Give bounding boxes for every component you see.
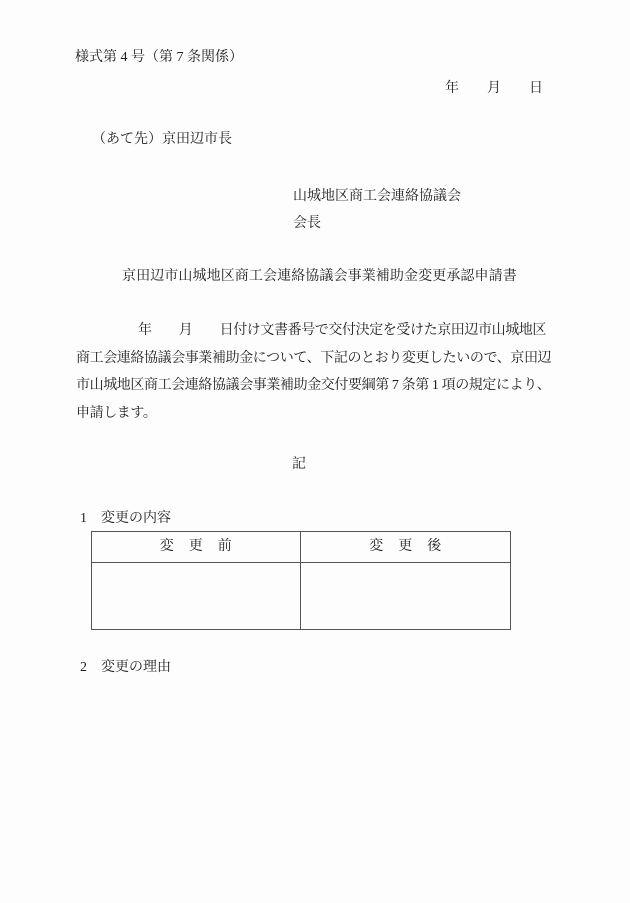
change-table-cell-before	[92, 563, 301, 630]
change-table-cell-after	[301, 563, 511, 630]
change-table-header-before: 変 更 前	[92, 532, 301, 563]
sender-organization: 山城地区商工会連絡協議会	[293, 187, 461, 207]
change-table: 変 更 前 変 更 後	[91, 531, 511, 630]
body-paragraph: 年 月 日付け文書番号で交付決定を受けた京田辺市山城地区 商工会連絡協議会事業補…	[76, 317, 560, 427]
sender-title: 会長	[293, 214, 321, 234]
body-line-4: 申請します。	[76, 400, 560, 428]
section1-heading: 1 変更の内容	[80, 509, 171, 529]
addressee-line: （あて先）京田辺市長	[92, 130, 232, 150]
change-table-body-row	[92, 563, 511, 630]
change-table-header-after: 変 更 後	[301, 532, 511, 563]
date-line: 年 月 日	[445, 79, 543, 99]
body-line-1: 年 月 日付け文書番号で交付決定を受けた京田辺市山城地区	[76, 317, 560, 345]
body-line-2: 商工会連絡協議会事業補助金について、下記のとおり変更したいので、京田辺	[76, 345, 560, 373]
body-line-3: 市山城地区商工会連絡協議会事業補助金交付要綱第 7 条第 1 項の規定により、	[76, 372, 560, 400]
document-page: 様式第 4 号（第 7 条関係） 年 月 日 （あて先）京田辺市長 山城地区商工…	[0, 0, 630, 903]
section2-heading: 2 変更の理由	[80, 658, 171, 678]
document-title: 京田辺市山城地区商工会連絡協議会事業補助金変更承認申請書	[122, 267, 517, 287]
form-number: 様式第 4 号（第 7 条関係）	[75, 48, 243, 68]
change-table-header-row: 変 更 前 変 更 後	[92, 532, 511, 563]
ki-marker: 記	[292, 455, 306, 475]
